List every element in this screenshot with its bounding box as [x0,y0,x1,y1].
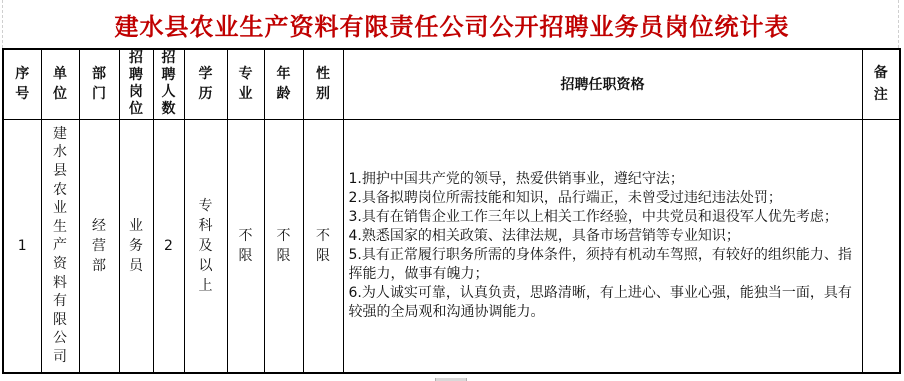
cell-department-value: 经营部 [91,216,107,276]
cell-age-value: 不限 [275,226,291,266]
header-department-label: 部门 [91,64,107,104]
header-position-label: 招聘岗位 [128,50,144,118]
cell-education: 专科及以上 [184,119,227,373]
header-cell-index: 序号 [3,49,41,119]
header-cell-gender: 性别 [303,49,343,119]
cell-age: 不限 [264,119,303,373]
cell-qualifications: 1.拥护中国共产党的领导，热爱供销事业，遵纪守法； 2.具备拟聘岗位所需技能和知… [343,119,862,373]
cell-unit-value: 建水县农业生产资料有限公司 [52,125,68,367]
qualification-item: 2.具备拟聘岗位所需技能和知识，品行端正，未曾受过违纪违法处罚； [349,189,856,208]
header-age-label: 年龄 [275,64,291,104]
title-right-gridline [898,0,899,48]
header-unit-label: 单位 [52,64,68,104]
cell-index-value: 1 [18,238,27,254]
header-major-label: 专业 [237,64,253,104]
cell-index: 1 [3,119,41,373]
qualification-item: 6.为人诚实可靠，认真负责，思路清晰，有上进心、事业心强，能独当一面，具有较强的… [349,284,856,322]
cell-major: 不限 [227,119,264,373]
cell-department: 经营部 [79,119,119,373]
cell-education-value: 专科及以上 [197,196,213,296]
table-row: 1 建水县农业生产资料有限公司 经营部 业务员 2 专科及以上 不限 不限 不限… [3,119,900,373]
header-cell-education: 学历 [184,49,227,119]
cell-position: 业务员 [119,119,153,373]
cell-gender-value: 不限 [315,226,331,266]
header-education-label: 学历 [197,64,213,104]
cell-unit: 建水县农业生产资料有限公司 [41,119,79,373]
page-title: 建水县农业生产资料有限责任公司公开招聘业务员岗位统计表 [115,7,790,42]
header-cell-position: 招聘岗位 [119,49,153,119]
header-qualifications-label: 招聘任职资格 [561,77,645,93]
header-headcount-label: 招聘人数 [160,50,176,118]
header-index-label: 序号 [14,64,30,104]
qualification-item: 5.具有正常履行职务所需的身体条件，须持有机动车驾照，有较好的组织能力、指挥能力… [349,246,856,284]
title-band: 建水县农业生产资料有限责任公司公开招聘业务员岗位统计表 [0,0,904,48]
header-gender-label: 性别 [315,64,331,104]
qualification-item: 3.具有在销售企业工作三年以上相关工作经验，中共党员和退役军人优先考虑； [349,208,856,227]
header-cell-age: 年龄 [264,49,303,119]
cell-headcount: 2 [153,119,184,373]
header-cell-headcount: 招聘人数 [153,49,184,119]
cell-headcount-value: 2 [164,238,173,254]
cell-remarks [862,119,900,373]
header-cell-major: 专业 [227,49,264,119]
header-remarks-label: 备注 [873,62,889,106]
title-left-gridline [2,0,3,48]
recruitment-stat-table: 序号 单位 部门 招聘岗位 招聘人数 学历 专业 年龄 性别 招聘任职资格 备注… [2,48,901,374]
header-cell-unit: 单位 [41,49,79,119]
cell-major-value: 不限 [237,226,253,266]
qualification-list: 1.拥护中国共产党的领导，热爱供销事业，遵纪守法； 2.具备拟聘岗位所需技能和知… [344,170,862,322]
cell-gender: 不限 [303,119,343,373]
header-row: 序号 单位 部门 招聘岗位 招聘人数 学历 专业 年龄 性别 招聘任职资格 备注 [3,49,900,119]
qualification-item: 1.拥护中国共产党的领导，热爱供销事业，遵纪守法； [349,170,856,189]
qualification-item: 4.熟悉国家的相关政策、法律法规，具备市场营销等专业知识； [349,227,856,246]
cell-position-value: 业务员 [128,216,144,276]
header-cell-remarks: 备注 [862,49,900,119]
recruitment-table-sheet: 建水县农业生产资料有限责任公司公开招聘业务员岗位统计表 序号 单位 部门 招聘岗… [0,0,904,381]
header-cell-qualifications: 招聘任职资格 [343,49,862,119]
header-cell-department: 部门 [79,49,119,119]
